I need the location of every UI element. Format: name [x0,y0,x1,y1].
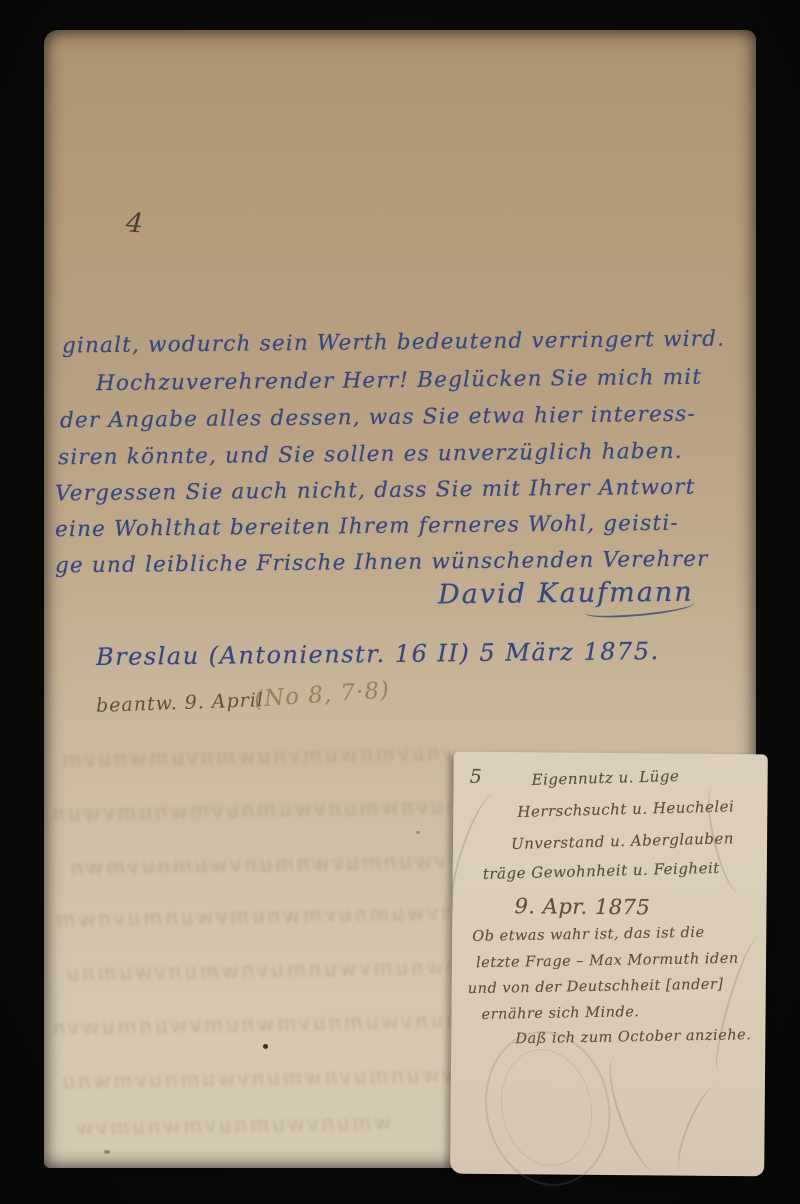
showthrough-line: mnuvwmunvwumnuvmwnumvwunmuvnwm [54,898,450,931]
pencil-scribble [443,790,508,913]
note-body-line: Ob etwas wahr ist, das ist die [472,925,705,945]
showthrough-line: uwmnvumwnuvmnwumvnuwmnvumwnuvm [60,738,450,771]
note-list-line: Unverstand u. Aberglauben [511,829,734,853]
dust-speck [263,1044,268,1049]
stamp-inner-ring [491,1041,603,1175]
showthrough-line: uvnmwumnvwunmuvwnmunvwumnuvmwn [68,846,450,879]
note-date: 9. Apr. 1875 [514,894,650,919]
note-corner-mark: 5 [470,766,483,788]
note-body-line: und von der Deutschheit [ander] [468,977,724,997]
note-list-line: Herrschsucht u. Heuchelei [517,797,734,821]
note-list-line: träge Gewohnheit u. Feigheit [483,859,720,883]
page-number: 4 [125,207,145,239]
dust-speck [104,1150,110,1154]
note-body-line: letzte Frage – Max Mormuth iden [476,951,739,972]
dust-speck [416,831,420,834]
scanned-letter-page: uwmnvumwnuvmnwumvnuwmnvumwnuvm nmvwunmuv… [0,0,800,1204]
showthrough-line: vwumnuvmwnumvwunmuvnwmunvwumnu [64,952,450,985]
attached-note: 5 Eigennutz u. Lüge Herrschsucht u. Heuc… [450,752,768,1177]
ink-showthrough: uwmnvumwnuvmnwumvnuwmnvumwnuvm nmvwunmuv… [50,735,450,1155]
note-list-line: Eigennutz u. Lüge [531,767,679,789]
dateline: Breslau (Antonienstr. 16 II) 5 März 1875… [96,637,660,671]
showthrough-line: nmuvwnmunvwumnuvmwnumvwunmuwvn [50,1006,450,1039]
showthrough-line: wmunvwumnuvmwnumvw [74,1110,392,1140]
showthrough-line: nmvwunmuvnwmunvwumnuvmwnumvwun [50,792,450,825]
note-body-line: ernähre sich Minde. [481,1004,639,1023]
faint-oval-stamp [471,1020,624,1198]
pencil-scribble [670,1083,727,1175]
showthrough-line: uvmwnumvwunmuvnwmunvwumnuvmwnu [60,1060,450,1093]
